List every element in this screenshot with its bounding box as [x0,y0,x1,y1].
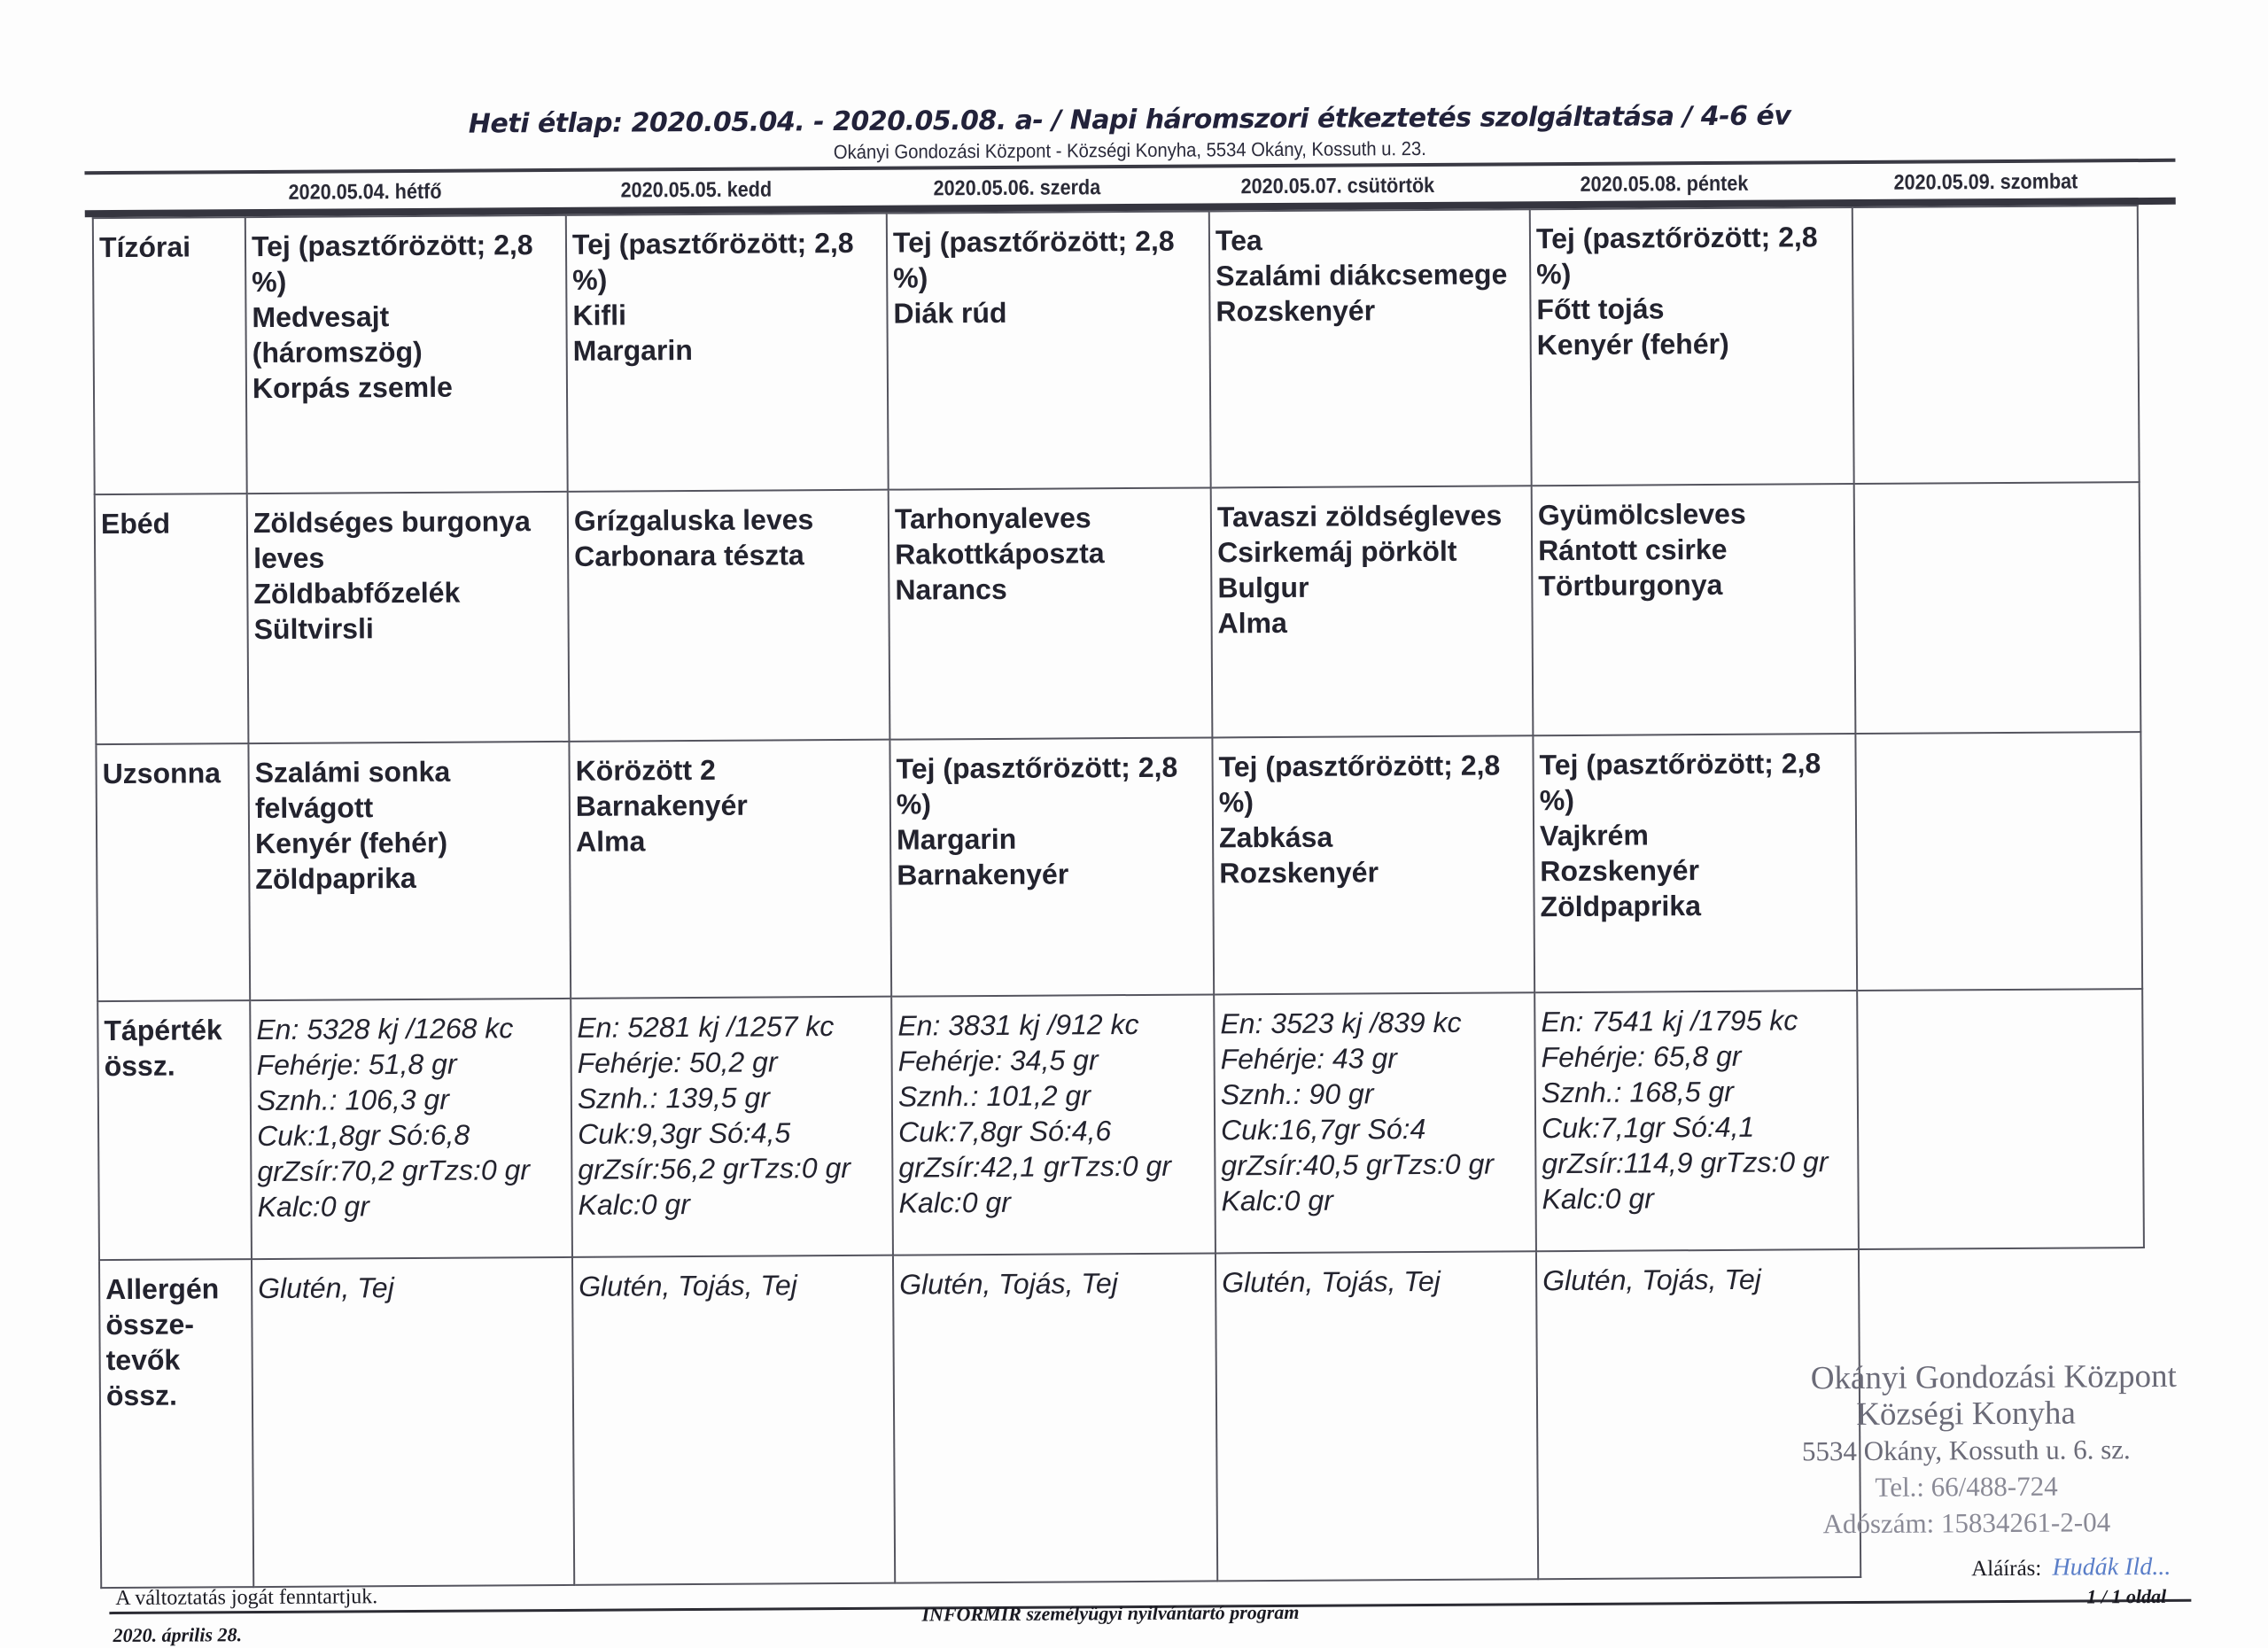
menu-item: Barnakenyér [576,787,884,824]
menu-item: Rakottkáposzta [895,535,1205,572]
day-header: 2020.05.04. hétfő [289,180,442,206]
day-header: 2020.05.08. péntek [1581,172,1749,198]
menu-item: Tej (pasztőrözött; 2,8 %) [1536,219,1846,292]
table-row-ebed: Ebéd Zöldséges burgonya levesZöldbabfőze… [95,482,2141,744]
menu-item: Csirkemáj pörkölt [1217,532,1526,570]
day-header: 2020.05.05. kedd [621,177,773,203]
menu-item: Cuk:9,3gr Só:4,5 [578,1115,886,1152]
nutrition-cell: En: 7541 kj /1795 kcFehérje: 65,8 grSznh… [1534,991,1859,1251]
menu-item: Diák rúd [893,294,1203,331]
menu-item: Kalc:0 gr [578,1185,886,1223]
menu-item: Margarin [897,820,1207,857]
menu-item: grZsír:114,9 grTzs:0 gr [1542,1144,1852,1181]
menu-item: Fehérje: 34,5 gr [898,1041,1208,1078]
menu-item: Kenyér (fehér) [1537,325,1847,362]
menu-item: Cuk:7,1gr Só:4,1 [1542,1108,1852,1146]
menu-item: Cuk:16,7gr Só:4 [1221,1110,1529,1147]
menu-item: Tea [1216,221,1524,258]
menu-item: Fehérje: 43 gr [1221,1039,1529,1077]
menu-item: Sznh.: 139,5 gr [578,1079,886,1116]
row-label: Allergén össze-tevők össz. [99,1259,253,1588]
allergen-cell: Glutén, Tojás, Tej [1216,1251,1538,1581]
menu-item: Kenyér (fehér) [255,824,563,861]
menu-item: grZsír:40,5 grTzs:0 gr [1221,1146,1529,1183]
menu-cell: Körözött 2BarnakenyérAlma [569,740,891,999]
menu-item: Kifli [572,296,881,333]
menu-item: Tej (pasztőrözött; 2,8 %) [896,750,1206,822]
table-row-taperteket: Tápérték össz. En: 5328 kj /1268 kcFehér… [97,989,2144,1260]
row-label: Ebéd [95,494,249,744]
menu-item: Vajkrém [1540,816,1850,853]
disclaimer: A változtatás jogát fenntartjuk. [115,1585,377,1611]
menu-item: Medvesajt (háromszög) [252,298,560,370]
table-row-tizorai: Tízórai Tej (pasztőrözött; 2,8 %)Medvesa… [93,206,2140,494]
menu-item: Tej (pasztőrözött; 2,8 %) [893,223,1203,296]
menu-cell: Tej (pasztőrözött; 2,8 %)KifliMargarin [566,214,889,492]
menu-cell: Tavaszi zöldséglevesCsirkemáj pörköltBul… [1211,486,1534,737]
menu-item: Margarin [573,331,882,369]
menu-item: Zöldpaprika [1540,887,1850,924]
menu-cell: GyümölcslevesRántott csirkeTörtburgonya [1532,484,1856,735]
menu-cell: Tej (pasztőrözött; 2,8 %)MargarinBarnake… [889,737,1214,996]
stamp-line: Adószám: 15834261-2-04 [1745,1504,2188,1543]
organization-stamp: Okányi Gondozási Központ Községi Konyha … [1744,1358,2188,1543]
day-header: 2020.05.07. csütörtök [1241,174,1435,199]
menu-cell [1854,482,2141,734]
menu-item: grZsír:56,2 grTzs:0 gr [578,1150,886,1187]
menu-item: Zabkása [1219,818,1527,855]
menu-item: En: 3831 kj /912 kc [897,1006,1208,1043]
menu-cell [1855,732,2142,991]
allergen-cell: Glutén, Tojás, Tej [572,1255,895,1585]
menu-item: Rozskenyér [1219,853,1527,890]
nutrition-cell: En: 5328 kj /1268 kcFehérje: 51,8 grSznh… [250,999,572,1259]
menu-item: Narancs [895,571,1205,608]
menu-item: Tej (pasztőrözött; 2,8 %) [1539,745,1849,818]
menu-cell: Szalámi sonka felvágottKenyér (fehér)Zöl… [248,742,571,1000]
menu-cell [1852,206,2140,484]
menu-cell: TeaSzalámi diákcsemegeRozskenyér [1209,209,1532,487]
menu-item: Bulgur [1217,568,1526,605]
menu-item: Sznh.: 168,5 gr [1542,1073,1852,1110]
menu-item: Kalc:0 gr [1221,1181,1529,1218]
menu-cell: Tej (pasztőrözött; 2,8 %)VajkrémRozskeny… [1533,734,1857,992]
menu-item: Tej (pasztőrözött; 2,8 %) [572,225,881,298]
menu-cell: Zöldséges burgonya levesZöldbabfőzelékSü… [247,492,570,743]
nutrition-cell: En: 3523 kj /839 kcFehérje: 43 grSznh.: … [1214,992,1536,1253]
menu-item: Alma [576,822,884,859]
menu-item: Tavaszi zöldségleves [1217,497,1526,534]
menu-item: Korpás zsemle [252,369,561,406]
nutrition-cell [1857,989,2144,1249]
stamp-line: Tel.: 66/488-724 [1744,1467,2187,1506]
menu-item: Cuk:7,8gr Só:4,6 [898,1112,1208,1149]
menu-item: Körözött 2 [575,751,883,789]
menu-item: Sznh.: 106,3 gr [257,1081,565,1118]
row-label: Tízórai [93,217,247,494]
menu-item: Sznh.: 90 gr [1221,1075,1529,1112]
stamp-line: Községi Konyha [1744,1395,2187,1434]
menu-item: Törtburgonya [1538,566,1848,603]
nutrition-cell: En: 3831 kj /912 kcFehérje: 34,5 grSznh.… [891,994,1216,1255]
signature-block: Aláírás: Hudák Ild... [1971,1553,2171,1582]
menu-item: Barnakenyér [897,855,1207,892]
menu-item: Rántott csirke [1538,531,1848,568]
menu-item: Gyümölcsleves [1538,495,1848,532]
menu-item: Tej (pasztőrözött; 2,8 %) [1218,747,1526,820]
menu-cell: Grízgaluska levesCarbonara tészta [568,490,890,742]
menu-document: Heti étlap: 2020.05.04. - 2020.05.08. a-… [0,0,2268,1648]
stamp-line: 5534 Okány, Kossuth u. 6. sz. [1744,1431,2187,1470]
menu-item: Carbonara tészta [574,537,882,574]
nutrition-cell: En: 5281 kj /1257 kcFehérje: 50,2 grSznh… [571,997,893,1257]
menu-item: En: 7541 kj /1795 kc [1541,1002,1851,1039]
menu-item: Fehérje: 51,8 gr [257,1046,565,1083]
menu-cell: Tej (pasztőrözött; 2,8 %)ZabkásaRozskeny… [1212,735,1534,994]
menu-item: Tarhonyaleves [895,500,1205,537]
program-name: INFORMIR személyügyi nyilvántartó progra… [921,1601,1299,1627]
day-header: 2020.05.06. szerda [934,175,1101,201]
menu-item: Sznh.: 101,2 gr [898,1077,1208,1114]
page-number: 1 / 1 oldal [2086,1585,2166,1609]
table-row-uzsonna: Uzsonna Szalámi sonka felvágottKenyér (f… [96,732,2142,1001]
menu-item: En: 5281 kj /1257 kc [577,1008,885,1046]
allergen-cell: Glutén, Tojás, Tej [893,1253,1217,1582]
menu-item: grZsír:70,2 grTzs:0 gr [257,1152,565,1189]
menu-item: grZsír:42,1 grTzs:0 gr [898,1147,1208,1185]
menu-item: En: 3523 kj /839 kc [1220,1004,1528,1041]
menu-item: Grízgaluska leves [574,501,882,539]
menu-cell: TarhonyalevesRakottkáposztaNarancs [889,487,1213,739]
menu-item: Sültvirsli [254,610,563,647]
menu-cell: Tej (pasztőrözött; 2,8 %)Diák rúd [887,211,1211,489]
menu-cell: Tej (pasztőrözött; 2,8 %)Medvesajt (háro… [245,215,568,494]
menu-item: Főtt tojás [1536,290,1846,327]
menu-item: Szalámi diákcsemege [1216,256,1524,293]
stamp-line: Okányi Gondozási Központ [1744,1358,2187,1397]
signature-label: Aláírás: [1971,1557,2041,1581]
print-date: 2020. április 28. [113,1623,242,1647]
menu-cell: Tej (pasztőrözött; 2,8 %)Főtt tojásKenyé… [1530,207,1854,486]
menu-item: Rozskenyér [1540,851,1850,889]
menu-item: Kalc:0 gr [898,1183,1208,1220]
menu-item: En: 5328 kj /1268 kc [256,1010,564,1047]
allergen-cell: Glutén, Tej [252,1257,574,1587]
menu-item: Tej (pasztőrözött; 2,8 %) [252,227,560,299]
menu-item: Fehérje: 50,2 gr [578,1044,886,1081]
menu-item: Alma [1217,603,1526,641]
menu-item: Zöldbabfőzelék [253,574,562,611]
menu-item: Kalc:0 gr [257,1187,565,1224]
menu-item: Rozskenyér [1216,292,1524,329]
menu-item: Cuk:1,8gr Só:6,8 [257,1116,565,1154]
menu-item: Szalámi sonka felvágott [255,753,563,826]
menu-item: Zöldséges burgonya leves [253,503,562,576]
menu-item: Kalc:0 gr [1542,1179,1852,1217]
signature-scrawl: Hudák Ild... [2052,1553,2171,1582]
row-label: Tápérték össz. [97,1000,252,1260]
menu-item: Zöldpaprika [255,859,563,897]
menu-item: Fehérje: 65,8 gr [1541,1038,1851,1075]
row-label: Uzsonna [96,743,250,1001]
day-header: 2020.05.09. szombat [1894,169,2078,195]
